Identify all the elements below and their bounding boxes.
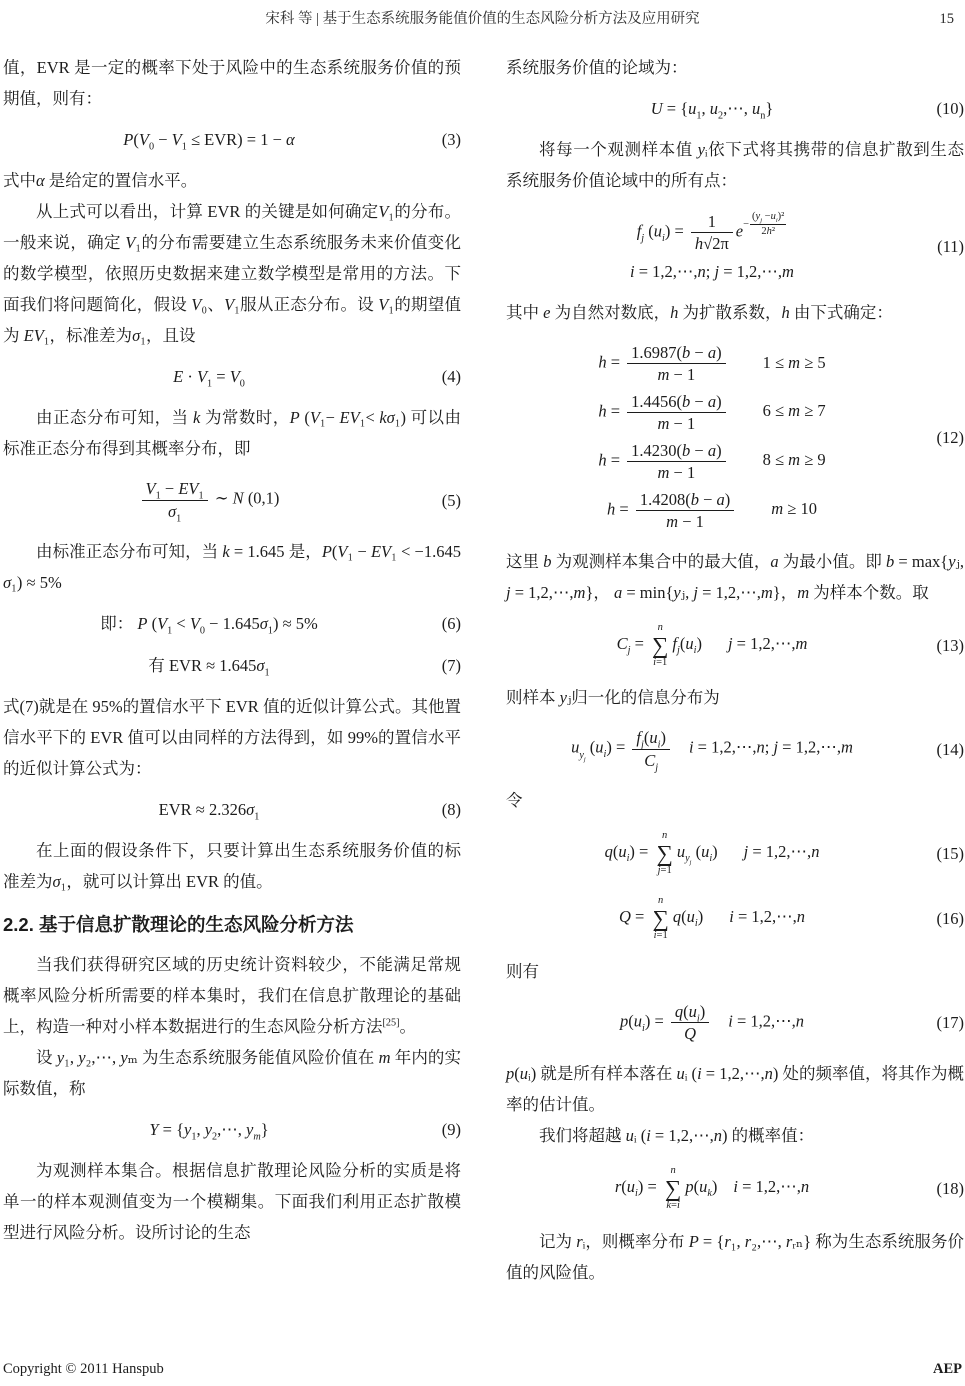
- equation: V1 − EV1σ1 ∼ N (0,1)(5): [3, 473, 461, 527]
- equation: 有 EVR ≈ 1.645σ1(7): [3, 649, 461, 682]
- equation-number: (4): [415, 361, 461, 392]
- equation: h = 1.6987(b − a)m − 11 ≤ m ≥ 5h = 1.445…: [506, 337, 964, 538]
- paragraph: 则有: [506, 956, 964, 987]
- copyright-text: Copyright © 2011 Hanspub: [3, 1361, 164, 1378]
- paragraph: 这里 b 为观测样本集合中的最大值，a 为最小值。即 b = max{yⱼ, j…: [506, 546, 964, 608]
- page-number: 15: [940, 8, 955, 30]
- paragraph: 由标准正态分布可知，当 k = 1.645 是，P(V₁ − EV₁ < −1.…: [3, 536, 461, 598]
- paragraph: 由正态分布可知，当 k 为常数时，P (V₁− EV₁< kσ₁) 可以由标准正…: [3, 402, 461, 464]
- equation: P(V0 − V1 ≤ EVR) = 1 − α(3): [3, 123, 461, 156]
- equation-body: q(ui) = n∑j=1uyj (ui)j = 1,2,⋯,n: [506, 825, 918, 881]
- paragraph: 记为 rᵢ，则概率分布 P = {r₁, r₂,⋯, rᵣₙ} 称为生态系统服务…: [506, 1226, 964, 1288]
- paper-page: 宋科 等 | 基于生态系统服务能值价值的生态风险分析方法及应用研究 15 值，E…: [0, 0, 965, 1386]
- equation-number: (13): [918, 630, 964, 661]
- equation-body: 有 EVR ≈ 1.645σ1: [3, 649, 415, 682]
- equation-body: p(ui) = q(ui)Qi = 1,2,⋯,n: [506, 996, 918, 1050]
- paragraph: 我们将超越 uᵢ (i = 1,2,⋯,n) 的概率值：: [506, 1120, 964, 1151]
- equation: fj (ui) = 1h√2πe−(yj −ui)²2h²i = 1,2,⋯,n…: [506, 205, 964, 288]
- paragraph: 式(7)就是在 95%的置信水平下 EVR 值的近似计算公式。其他置信水平下的 …: [3, 691, 461, 784]
- paragraph: 在上面的假设条件下，只要计算出生态系统服务价值的标准差为σ₁，就可以计算出 EV…: [3, 835, 461, 897]
- paragraph: 式中α 是给定的置信水平。: [3, 165, 461, 196]
- equation-number: (11): [918, 231, 964, 262]
- paragraph: 则样本 yⱼ归一化的信息分布为: [506, 682, 964, 713]
- section-heading: 2.2. 基于信息扩散理论的生态风险分析方法: [3, 912, 461, 938]
- equation-number: (3): [415, 124, 461, 155]
- equation-body: P(V0 − V1 ≤ EVR) = 1 − α: [3, 123, 415, 156]
- equation-number: (8): [415, 794, 461, 825]
- paragraph: 系统服务价值的论域为：: [506, 52, 964, 83]
- paragraph: 值，EVR 是一定的概率下处于风险中的生态系统服务价值的预期值，则有：: [3, 52, 461, 114]
- equation: Q = n∑i=1q(ui)i = 1,2,⋯,n(16): [506, 890, 964, 946]
- equation: E · V1 = V0(4): [3, 360, 461, 393]
- equation-number: (10): [918, 93, 964, 124]
- paragraph: 其中 e 为自然对数底，h 为扩散系数，h 由下式确定：: [506, 297, 964, 328]
- running-title: 宋科 等 | 基于生态系统服务能值价值的生态风险分析方法及应用研究: [265, 11, 699, 27]
- equation-number: (6): [415, 608, 461, 639]
- equation: Y = {y1, y2,⋯, ym}(9): [3, 1113, 461, 1146]
- equation-body: h = 1.6987(b − a)m − 11 ≤ m ≥ 5h = 1.445…: [506, 337, 918, 538]
- equation-body: EVR ≈ 2.326σ1: [3, 793, 415, 826]
- paragraph: 从上式可以看出，计算 EVR 的关键是如何确定V₁的分布。一般来说，确定 V₁的…: [3, 196, 461, 351]
- equation: uyj (ui) = fj(ui)Cji = 1,2,⋯,n; j = 1,2,…: [506, 722, 964, 776]
- equation-body: Cj = n∑i=1fj(ui)j = 1,2,⋯,m: [506, 617, 918, 673]
- equation: 即： P (V1 < V0 − 1.645σ1) ≈ 5%(6): [3, 607, 461, 640]
- equation: r(ui) = n∑k=ip(uk)i = 1,2,⋯,n(18): [506, 1160, 964, 1216]
- equation-number: (5): [415, 485, 461, 516]
- equation-body: r(ui) = n∑k=ip(uk)i = 1,2,⋯,n: [506, 1160, 918, 1216]
- equation-number: (14): [918, 734, 964, 765]
- equation-body: Y = {y1, y2,⋯, ym}: [3, 1113, 415, 1146]
- two-column-body: 值，EVR 是一定的概率下处于风险中的生态系统服务价值的预期值，则有：P(V0 …: [3, 52, 962, 1288]
- equation-body: fj (ui) = 1h√2πe−(yj −ui)²2h²i = 1,2,⋯,n…: [506, 205, 918, 288]
- journal-abbrev: AEP: [933, 1361, 962, 1378]
- paragraph: 令: [506, 785, 964, 816]
- equation-body: U = {u1, u2,⋯, un}: [506, 92, 918, 125]
- paragraph: 将每一个观测样本值 yᵢ依下式将其携带的信息扩散到生态系统服务价值论域中的所有点…: [506, 134, 964, 196]
- equation: q(ui) = n∑j=1uyj (ui)j = 1,2,⋯,n(15): [506, 825, 964, 881]
- paragraph: 为观测样本集合。根据信息扩散理论风险分析的实质是将单一的样本观测值变为一个模糊集…: [3, 1155, 461, 1248]
- equation-body: 即： P (V1 < V0 − 1.645σ1) ≈ 5%: [3, 607, 415, 640]
- equation-number: (17): [918, 1007, 964, 1038]
- equation: U = {u1, u2,⋯, un}(10): [506, 92, 964, 125]
- left-column: 值，EVR 是一定的概率下处于风险中的生态系统服务价值的预期值，则有：P(V0 …: [3, 52, 461, 1288]
- equation-number: (12): [918, 422, 964, 453]
- paragraph: 当我们获得研究区域的历史统计资料较少，不能满足常规概率风险分析所需要的样本集时，…: [3, 949, 461, 1042]
- paragraph: 设 y₁, y₂,⋯, yₘ 为生态系统服务能值风险价值在 m 年内的实际数值，…: [3, 1042, 461, 1104]
- equation: p(ui) = q(ui)Qi = 1,2,⋯,n(17): [506, 996, 964, 1050]
- equation-body: V1 − EV1σ1 ∼ N (0,1): [3, 473, 415, 527]
- page-header: 宋科 等 | 基于生态系统服务能值价值的生态风险分析方法及应用研究 15: [3, 8, 962, 34]
- equation-number: (7): [415, 650, 461, 681]
- page-footer: Copyright © 2011 Hanspub AEP: [3, 1361, 962, 1378]
- equation-number: (15): [918, 838, 964, 869]
- paragraph: p(uᵢ) 就是所有样本落在 uᵢ (i = 1,2,⋯,n) 处的频率值，将其…: [506, 1058, 964, 1120]
- right-column: 系统服务价值的论域为：U = {u1, u2,⋯, un}(10)将每一个观测样…: [506, 52, 964, 1288]
- equation-body: E · V1 = V0: [3, 360, 415, 393]
- equation-body: uyj (ui) = fj(ui)Cji = 1,2,⋯,n; j = 1,2,…: [506, 722, 918, 776]
- equation: EVR ≈ 2.326σ1(8): [3, 793, 461, 826]
- equation-number: (9): [415, 1114, 461, 1145]
- equation: Cj = n∑i=1fj(ui)j = 1,2,⋯,m(13): [506, 617, 964, 673]
- equation-number: (18): [918, 1173, 964, 1204]
- equation-body: Q = n∑i=1q(ui)i = 1,2,⋯,n: [506, 890, 918, 946]
- equation-number: (16): [918, 903, 964, 934]
